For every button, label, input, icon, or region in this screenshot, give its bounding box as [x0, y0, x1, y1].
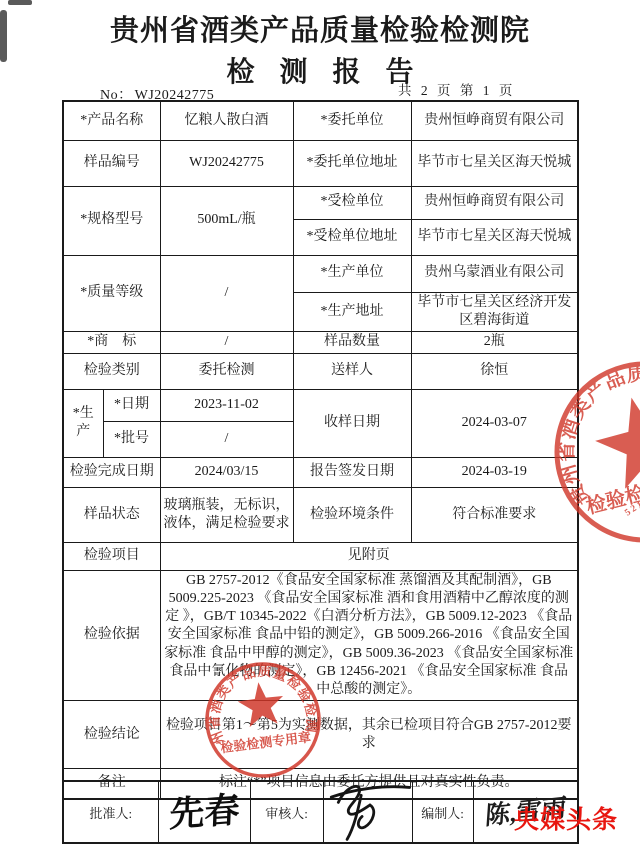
producer-address-value: 毕节市七星关区经济开发区碧海街道 — [411, 292, 578, 331]
table-row: 检验完成日期 2024/03/15 报告签发日期 2024-03-19 — [63, 457, 578, 487]
receive-date-value: 2024-03-07 — [411, 389, 578, 457]
sample-status-label: 样品状态 — [63, 487, 160, 542]
producer-label: *生产单位 — [293, 255, 411, 292]
sample-qty-value: 2瓶 — [411, 331, 578, 353]
table-row: 检验结论 检验项目第1～第5为实测数据，其余已检项目符合GB 2757-2012… — [63, 701, 578, 769]
reviewer-label: 审核人: — [250, 781, 323, 843]
grade-value: / — [160, 255, 293, 331]
receive-date-label: 收样日期 — [293, 389, 411, 457]
trademark-label: *商 标 — [63, 331, 160, 353]
producer-value: 贵州乌蒙酒业有限公司 — [411, 255, 578, 292]
basis-value: GB 2757-2012《食品安全国家标准 蒸馏酒及其配制酒》，GB 5009.… — [160, 570, 578, 700]
issue-date-value: 2024-03-19 — [411, 457, 578, 487]
sample-qty-label: 样品数量 — [293, 331, 411, 353]
client-value: 贵州恒峥商贸有限公司 — [411, 101, 578, 140]
media-watermark: 央媒头条 — [514, 800, 618, 836]
table-row: 检验项目 见附页 — [63, 542, 578, 570]
batch-label: *批号 — [103, 421, 160, 457]
env-condition-label: 检验环境条件 — [293, 487, 411, 542]
compiler-label: 编制人: — [412, 781, 473, 843]
reviewer-signature — [323, 781, 412, 843]
conclusion-label: 检验结论 — [63, 701, 160, 769]
sender-label: 送样人 — [293, 353, 411, 389]
batch-value: / — [160, 421, 293, 457]
scan-artifact — [8, 0, 32, 5]
table-row: *质量等级 / *生产单位 贵州乌蒙酒业有限公司 — [63, 255, 578, 292]
stamp-banner-text: 检验检测专用章 — [584, 461, 640, 518]
production-date-label: *日期 — [103, 389, 160, 421]
inspected-unit-label: *受检单位 — [293, 186, 411, 219]
sender-value: 徐恒 — [411, 353, 578, 389]
page-indicator: 共 2 页 第 1 页 — [398, 79, 515, 99]
complete-date-value: 2024/03/15 — [160, 457, 293, 487]
client-label: *委托单位 — [293, 101, 411, 140]
table-row: *商 标 / 样品数量 2瓶 — [63, 331, 578, 353]
table-row: *产品名称 忆粮人散白酒 *委托单位 贵州恒峥商贸有限公司 — [63, 101, 578, 140]
inspection-type-value: 委托检测 — [160, 353, 293, 389]
approver-label: 批准人: — [63, 781, 158, 843]
conclusion-value: 检验项目第1～第5为实测数据，其余已检项目符合GB 2757-2012要求 — [160, 701, 578, 769]
table-row: 检验类别 委托检测 送样人 徐恒 — [63, 353, 578, 389]
items-value: 见附页 — [160, 542, 578, 570]
complete-date-label: 检验完成日期 — [63, 457, 160, 487]
inspected-address-label: *受检单位地址 — [293, 219, 411, 255]
trademark-value: / — [160, 331, 293, 353]
report-table: *产品名称 忆粮人散白酒 *委托单位 贵州恒峥商贸有限公司 样品编号 WJ202… — [62, 100, 579, 800]
reviewer-signature-scribble — [324, 776, 416, 842]
sample-status-value: 玻璃瓶装，无标识，液体，满足检验要求 — [160, 487, 293, 542]
inspection-type-label: 检验类别 — [63, 353, 160, 389]
report-page: 贵州省酒类产品质量检验检测院 检 测 报 告 No：WJ20242775 共 2… — [0, 0, 640, 857]
table-row: *规格型号 500mL/瓶 *受检单位 贵州恒峥商贸有限公司 — [63, 186, 578, 219]
table-row: 样品状态 玻璃瓶装，无标识，液体，满足检验要求 检验环境条件 符合标准要求 — [63, 487, 578, 542]
approver-signature-name: 先春 — [158, 791, 250, 833]
table-row: 样品编号 WJ20242775 *委托单位地址 毕节市七星关区海天悦城 — [63, 140, 578, 186]
table-row: 检验依据 GB 2757-2012《食品安全国家标准 蒸馏酒及其配制酒》，GB … — [63, 570, 578, 700]
inspected-unit-value: 贵州恒峥商贸有限公司 — [411, 186, 578, 219]
stamp-serial-number: 5211675997 — [621, 486, 640, 519]
production-date-value: 2023-11-02 — [160, 389, 293, 421]
signature-row: 批准人: 先春 审核人: 编制人: 陈,雪雨 — [62, 780, 579, 844]
spec-label: *规格型号 — [63, 186, 160, 255]
grade-label: *质量等级 — [63, 255, 160, 331]
sample-no-value: WJ20242775 — [160, 140, 293, 186]
items-label: 检验项目 — [63, 542, 160, 570]
stamp-star-icon — [587, 387, 640, 493]
table-row: *生产 *日期 2023-11-02 收样日期 2024-03-07 — [63, 389, 578, 421]
sample-no-label: 样品编号 — [63, 140, 160, 186]
env-condition-value: 符合标准要求 — [411, 487, 578, 542]
spec-value: 500mL/瓶 — [160, 186, 293, 255]
issue-date-label: 报告签发日期 — [293, 457, 411, 487]
client-address-label: *委托单位地址 — [293, 140, 411, 186]
approver-signature: 先春 — [158, 781, 250, 843]
inspected-address-value: 毕节市七星关区海天悦城 — [411, 219, 578, 255]
product-name-value: 忆粮人散白酒 — [160, 101, 293, 140]
basis-label: 检验依据 — [63, 570, 160, 700]
client-address-value: 毕节市七星关区海天悦城 — [411, 140, 578, 186]
page-title: 检 测 报 告 — [0, 50, 640, 90]
production-label: *生产 — [63, 389, 103, 457]
institute-name: 贵州省酒类产品质量检验检测院 — [0, 8, 640, 49]
product-name-label: *产品名称 — [63, 101, 160, 140]
producer-address-label: *生产地址 — [293, 292, 411, 331]
